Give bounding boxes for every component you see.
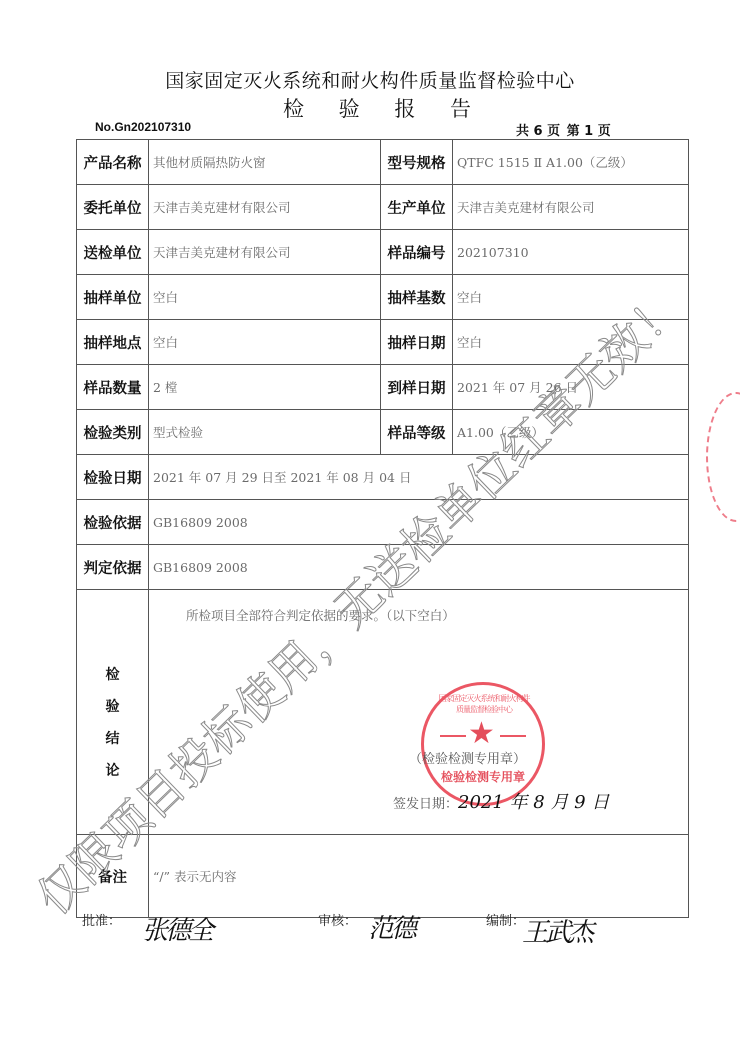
inspection-type-value: 型式检验 bbox=[149, 410, 381, 455]
seal-bottom-text: 检验检测专用章 bbox=[424, 768, 542, 785]
field-label: 抽样地点 bbox=[77, 320, 149, 365]
page-info: 共 6 页 第 1 页 bbox=[516, 120, 613, 139]
table-row: 产品名称 其他材质隔热防火窗 型号规格 QTFC 1515 Ⅱ A1.00（乙级… bbox=[77, 140, 689, 185]
table-row: 检 验 结 论 所检项目全部符合判定依据的要求。（以下空白） 国家固定灭火系统和… bbox=[77, 590, 689, 835]
issue-date: 签发日期：2021 年 8 月 9 日 bbox=[393, 788, 609, 814]
table-row: 判定依据 GB16809 2008 bbox=[77, 545, 689, 590]
field-label: 抽样日期 bbox=[381, 320, 453, 365]
table-row: 抽样地点 空白 抽样日期 空白 bbox=[77, 320, 689, 365]
field-label: 生产单位 bbox=[381, 185, 453, 230]
table-row: 检验依据 GB16809 2008 bbox=[77, 500, 689, 545]
sampling-date-value: 空白 bbox=[453, 320, 689, 365]
field-label: 型号规格 bbox=[381, 140, 453, 185]
table-row: 检验日期 2021 年 07 月 29 日至 2021 年 08 月 04 日 bbox=[77, 455, 689, 500]
page-total: 共 6 页 bbox=[516, 124, 560, 139]
issue-date-label: 签发日期： bbox=[393, 797, 458, 812]
signature-block: 批准： 张德全 审核： 范德 编制： 王武杰 bbox=[82, 908, 702, 978]
submitter-value: 天津吉美克建材有限公司 bbox=[149, 230, 381, 275]
field-label: 检验类别 bbox=[77, 410, 149, 455]
page-current: 第 1 页 bbox=[567, 124, 611, 139]
field-label: 样品等级 bbox=[381, 410, 453, 455]
partial-edge-seal bbox=[706, 392, 740, 522]
judgment-basis-value: GB16809 2008 bbox=[149, 545, 689, 590]
organization-title: 国家固定灭火系统和耐火构件质量监督检验中心 bbox=[0, 66, 740, 93]
conclusion-cell: 所检项目全部符合判定依据的要求。（以下空白） 国家固定灭火系统和耐火构件质量监督… bbox=[149, 590, 689, 835]
table-row: 备注 “/” 表示无内容 bbox=[77, 835, 689, 918]
field-label: 到样日期 bbox=[381, 365, 453, 410]
prepare-label: 编制： bbox=[486, 910, 525, 929]
field-label: 判定依据 bbox=[77, 545, 149, 590]
sampling-base-value: 空白 bbox=[453, 275, 689, 320]
review-signature: 范德 bbox=[368, 908, 414, 945]
inspection-basis-value: GB16809 2008 bbox=[149, 500, 689, 545]
star-icon: ★ bbox=[468, 719, 495, 749]
seal-ring-text: 国家固定灭火系统和耐火构件质量监督检验中心 bbox=[438, 693, 530, 715]
arrival-date-value: 2021 年 07 月 26 日 bbox=[453, 365, 689, 410]
field-label: 检验日期 bbox=[77, 455, 149, 500]
field-label: 样品数量 bbox=[77, 365, 149, 410]
table-row: 送检单位 天津吉美克建材有限公司 样品编号 202107310 bbox=[77, 230, 689, 275]
remarks-value: “/” 表示无内容 bbox=[149, 835, 689, 918]
table-row: 样品数量 2 樘 到样日期 2021 年 07 月 26 日 bbox=[77, 365, 689, 410]
issue-date-value: 2021 年 8 月 9 日 bbox=[458, 792, 609, 813]
inspection-date-value: 2021 年 07 月 29 日至 2021 年 08 月 04 日 bbox=[149, 455, 689, 500]
conclusion-label: 检 验 结 论 bbox=[77, 590, 149, 835]
field-label: 产品名称 bbox=[77, 140, 149, 185]
sampling-place-value: 空白 bbox=[149, 320, 381, 365]
report-number: No.Gn202107310 bbox=[95, 120, 191, 134]
manufacturer-value: 天津吉美克建材有限公司 bbox=[453, 185, 689, 230]
table-row: 委托单位 天津吉美克建材有限公司 生产单位 天津吉美克建材有限公司 bbox=[77, 185, 689, 230]
remarks-label: 备注 bbox=[77, 835, 149, 918]
field-label: 抽样单位 bbox=[77, 275, 149, 320]
field-label: 样品编号 bbox=[381, 230, 453, 275]
table-row: 检验类别 型式检验 样品等级 A1.00（乙级） bbox=[77, 410, 689, 455]
conclusion-text: 所检项目全部符合判定依据的要求。（以下空白） bbox=[186, 606, 455, 624]
sample-no-value: 202107310 bbox=[453, 230, 689, 275]
field-label: 送检单位 bbox=[77, 230, 149, 275]
prepare-signature: 王武杰 bbox=[522, 912, 591, 949]
sampling-unit-value: 空白 bbox=[149, 275, 381, 320]
approve-signature: 张德全 bbox=[142, 910, 211, 947]
approve-label: 批准： bbox=[82, 910, 121, 929]
model-spec-value: QTFC 1515 Ⅱ A1.00（乙级） bbox=[453, 140, 689, 185]
field-label: 委托单位 bbox=[77, 185, 149, 230]
table-row: 抽样单位 空白 抽样基数 空白 bbox=[77, 275, 689, 320]
review-label: 审核： bbox=[318, 910, 357, 929]
document-title: 检 验 报 告 bbox=[0, 93, 740, 123]
field-label: 检验依据 bbox=[77, 500, 149, 545]
conclusion-label-text: 检 验 结 论 bbox=[77, 644, 148, 780]
sample-grade-value: A1.00（乙级） bbox=[453, 410, 689, 455]
product-name-value: 其他材质隔热防火窗 bbox=[149, 140, 381, 185]
client-value: 天津吉美克建材有限公司 bbox=[149, 185, 381, 230]
seal-caption: （检验检测专用章） bbox=[409, 748, 526, 767]
field-label: 抽样基数 bbox=[381, 275, 453, 320]
report-table: 产品名称 其他材质隔热防火窗 型号规格 QTFC 1515 Ⅱ A1.00（乙级… bbox=[76, 139, 689, 918]
sample-quantity-value: 2 樘 bbox=[149, 365, 381, 410]
